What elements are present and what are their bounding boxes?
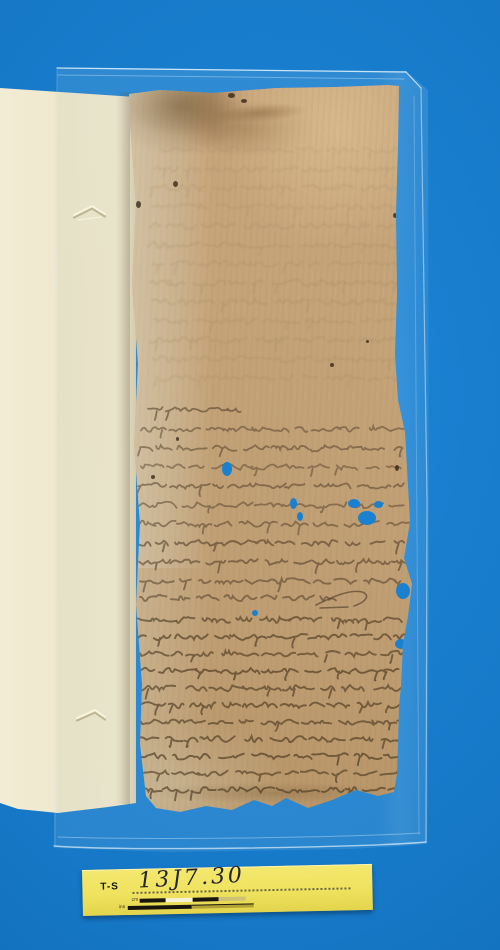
text-line xyxy=(139,502,404,513)
scale-segment xyxy=(193,897,219,902)
ink-speck xyxy=(176,437,179,441)
text-line xyxy=(150,337,402,351)
text-line xyxy=(154,375,399,387)
scale-segment xyxy=(128,904,192,909)
photo-overlay xyxy=(0,0,500,950)
text-line xyxy=(149,185,399,197)
scale-caption-cm: cm xyxy=(132,898,140,903)
hole xyxy=(348,499,360,508)
photo-background: T-S 13J7.30 cm ins xyxy=(0,0,500,950)
text-line xyxy=(154,318,405,330)
hole xyxy=(374,501,383,508)
text-line xyxy=(162,147,400,159)
ink-speck xyxy=(173,181,178,187)
text-line xyxy=(152,299,400,312)
show-through-text-block xyxy=(148,147,405,387)
scale-bars: cm ins xyxy=(119,895,254,912)
hole xyxy=(396,583,410,599)
text-line xyxy=(139,736,405,748)
fold-crease-mark-upper xyxy=(74,206,105,220)
text-line xyxy=(152,204,403,218)
text-line xyxy=(139,540,404,554)
text-line xyxy=(137,702,407,715)
text-line xyxy=(137,483,404,497)
ink-speck xyxy=(395,465,399,471)
holes-and-specks xyxy=(136,93,410,649)
text-line xyxy=(138,651,402,663)
text-line xyxy=(137,668,399,681)
text-line xyxy=(154,166,400,179)
ink-speck xyxy=(136,201,141,208)
text-line xyxy=(139,559,408,573)
main-text-block-2 xyxy=(137,617,407,801)
text-line xyxy=(137,634,405,648)
text-line xyxy=(148,407,241,420)
shelfmark-prefix: T-S xyxy=(100,881,119,892)
main-text-block-1 xyxy=(137,407,410,601)
text-line xyxy=(140,753,399,765)
hole xyxy=(222,462,232,476)
text-line xyxy=(138,445,403,456)
text-line xyxy=(138,685,405,699)
text-line xyxy=(140,578,400,591)
hole xyxy=(297,512,303,521)
text-line xyxy=(141,426,406,437)
text-line xyxy=(141,464,401,476)
ink-speck xyxy=(330,363,334,367)
text-line xyxy=(140,595,336,601)
scale-caption-ins: ins xyxy=(119,905,128,910)
ink-speck xyxy=(366,340,369,343)
ink-speck xyxy=(151,475,155,479)
scale-segment xyxy=(192,903,254,908)
text-line xyxy=(138,617,402,630)
scale-segment xyxy=(166,897,193,902)
handwritten-text-lines xyxy=(137,147,410,801)
shelfmark-label: T-S 13J7.30 cm ins xyxy=(82,864,373,916)
text-line xyxy=(152,261,405,275)
hole xyxy=(358,511,376,525)
ink-speck xyxy=(228,93,235,98)
text-line xyxy=(150,223,402,235)
scale-bar-ins: ins xyxy=(119,902,254,910)
fold-crease-mark-lower xyxy=(77,710,105,721)
text-line xyxy=(150,280,398,294)
text-line xyxy=(148,242,401,256)
text-line xyxy=(138,720,403,731)
hole xyxy=(252,610,258,616)
hole xyxy=(395,639,407,649)
scale-segment xyxy=(219,896,246,901)
hole xyxy=(290,498,297,509)
ink-speck xyxy=(393,213,397,218)
scale-segment xyxy=(140,898,166,903)
text-line xyxy=(152,356,401,369)
text-line xyxy=(143,787,397,801)
ink-speck xyxy=(241,99,247,103)
text-line xyxy=(141,770,403,782)
